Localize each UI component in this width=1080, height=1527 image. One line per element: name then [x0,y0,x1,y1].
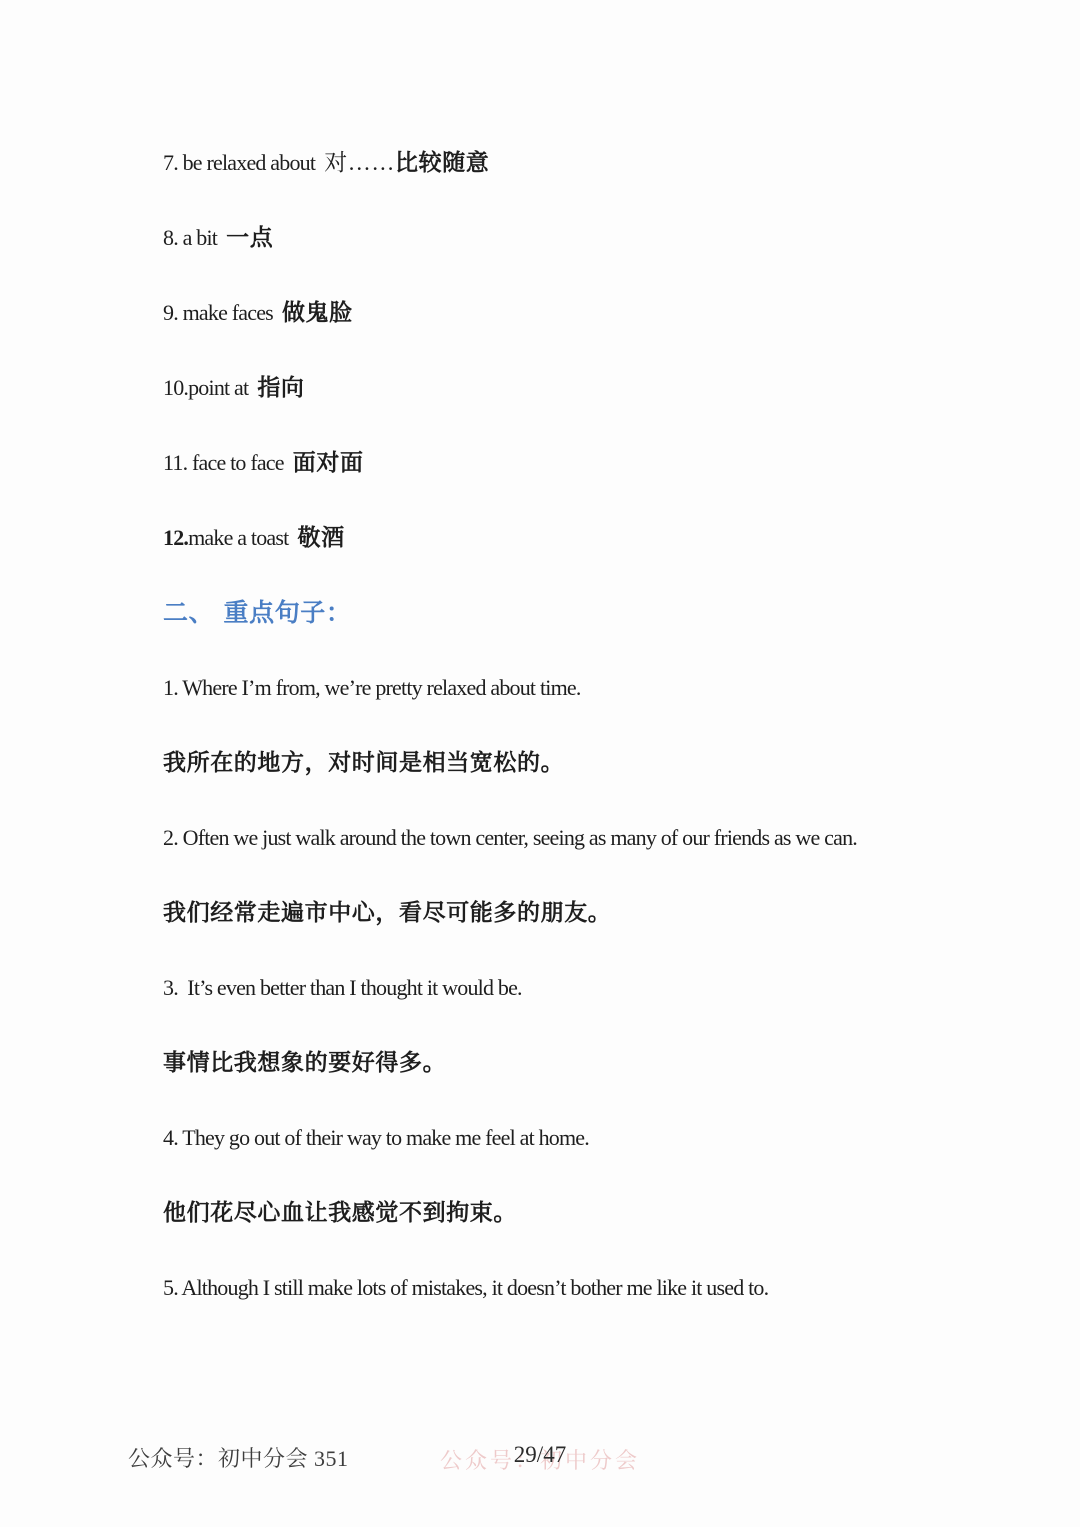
document-page: 7. be relaxed about对……比较随意 8. a bit一点 9.… [0,0,1080,1527]
vocab-gloss-zh: 指向 [257,375,304,401]
sentence-en: 5. Although I still make lots of mistake… [163,1273,1023,1303]
vocab-gloss-zh: 做鬼脸 [282,300,353,326]
vocab-item: 7. be relaxed about对……比较随意 [163,148,1023,178]
vocab-number: 10. [163,375,188,400]
vocab-number: 11. [163,450,192,475]
vocab-number: 7. [163,150,183,175]
vocab-gloss-zh: 面对面 [293,450,364,476]
sentence-zh: 我们经常走遍市中心，看尽可能多的朋友。 [163,898,1023,928]
vocab-item: 9. make faces做鬼脸 [163,298,1023,328]
vocab-phrase-en: point at [188,375,248,400]
vocab-item: 10.point at指向 [163,373,1023,403]
vocab-gloss-zh: 一点 [226,225,273,251]
vocab-phrase-en: face to face [192,450,284,475]
vocab-number: 9. [163,300,183,325]
sentence-en: 3. It’s even better than I thought it wo… [163,973,1023,1003]
vocab-item: 12.make a toast敬酒 [163,523,1023,553]
vocab-phrase-en: be relaxed about [183,150,316,175]
sentence-en: 1. Where I’m from, we’re pretty relaxed … [163,673,1023,703]
page-number: 29/47 [514,1442,566,1468]
sentence-zh: 他们花尽心血让我感觉不到拘束。 [163,1198,1023,1228]
page-content: 7. be relaxed about对……比较随意 8. a bit一点 9.… [163,148,1023,1348]
vocab-item: 8. a bit一点 [163,223,1023,253]
sentence-en: 2. Often we just walk around the town ce… [163,823,1023,853]
sentence-en: 4. They go out of their way to make me f… [163,1123,1023,1153]
vocab-gloss-zh: 比较随意 [395,150,489,176]
vocab-item: 11. face to face面对面 [163,448,1023,478]
vocab-gloss-prefix: 对…… [324,150,395,175]
section-heading: 二、 重点句子： [163,598,1023,628]
vocab-phrase-en: a bit [183,225,218,250]
vocab-number: 12. [163,525,188,550]
vocab-phrase-en: make faces [183,300,273,325]
footer-account-label: 公众号：初中分会 351 [128,1442,349,1473]
vocab-phrase-en: make a toast [188,525,288,550]
sentence-zh: 我所在的地方，对时间是相当宽松的。 [163,748,1023,778]
sentence-zh: 事情比我想象的要好得多。 [163,1048,1023,1078]
vocab-number: 8. [163,225,183,250]
vocab-gloss-zh: 敬酒 [297,525,344,551]
